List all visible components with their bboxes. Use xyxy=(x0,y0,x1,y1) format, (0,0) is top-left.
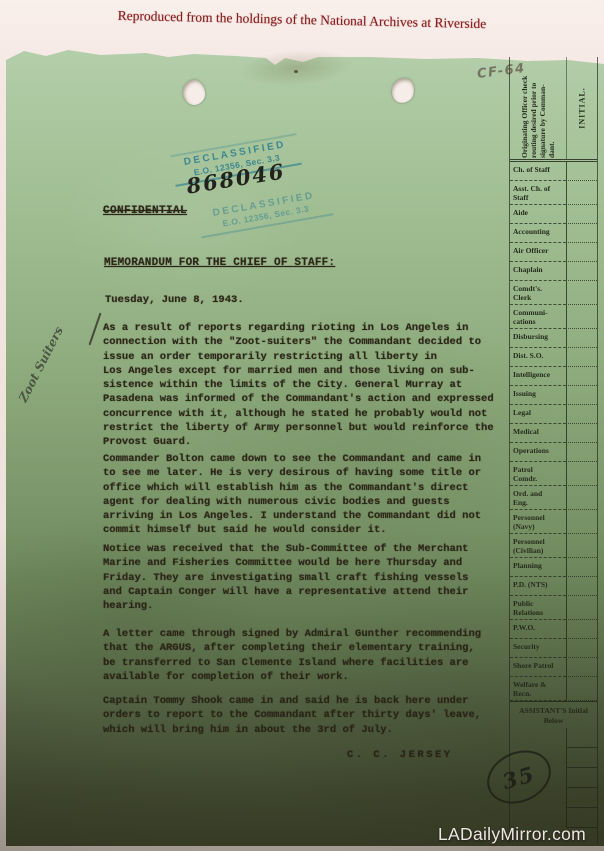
routing-row-label: Ch. of Staff xyxy=(510,162,566,181)
routing-row-label: Planning xyxy=(510,558,566,577)
routing-row: Operations xyxy=(510,443,597,462)
routing-row-label: Personnel (Navy) xyxy=(510,510,566,534)
routing-initial-cell xyxy=(566,462,597,486)
assistants-initial-note: ASSISTANT'S Initial Below xyxy=(510,701,597,728)
initial-column-header: INITIAL. xyxy=(566,57,597,159)
routing-row: Comdt's. Clerk xyxy=(510,281,597,305)
routing-row-label: Shore Patrol xyxy=(510,658,566,677)
routing-row: Communi- cations xyxy=(510,305,597,329)
routing-initial-cell xyxy=(566,658,597,677)
assistant-initial-cell xyxy=(566,748,597,768)
memo-paragraph: A letter came through signed by Admiral … xyxy=(103,627,515,684)
routing-row: Welfare & Recn. xyxy=(510,677,597,701)
routing-row-label: Communi- cations xyxy=(510,305,566,329)
initial-column-label: INITIAL. xyxy=(578,87,587,129)
routing-row-label: Aide xyxy=(510,205,566,224)
routing-row-label: Disbursing xyxy=(510,329,566,348)
routing-row-label: Dist. S.O. xyxy=(510,348,566,367)
routing-row-label: Air Officer xyxy=(510,243,566,262)
routing-row-label: Patrol Comdr. xyxy=(510,462,566,486)
routing-row: Planning xyxy=(510,558,597,577)
classification-confidential: CONFIDENTIAL xyxy=(103,205,187,217)
routing-row-label: Chaplain xyxy=(510,262,566,281)
routing-row: Dist. S.O. xyxy=(510,348,597,367)
routing-row: Legal xyxy=(510,405,597,424)
routing-row: Security xyxy=(510,639,597,658)
routing-row: Air Officer xyxy=(510,243,597,262)
memo-paragraph: Commander Bolton came down to see the Co… xyxy=(103,452,515,538)
routing-row-label: P.W.O. xyxy=(510,620,566,639)
routing-row: Ch. of Staff xyxy=(510,162,597,181)
routing-instruction-cell: Originating Officer check routing desire… xyxy=(510,57,566,159)
routing-row-label: Personnel (Civilian) xyxy=(510,534,566,558)
routing-row-label: Accounting xyxy=(510,224,566,243)
routing-row-label: Ord. and Eng. xyxy=(510,486,566,510)
routing-row: Intelligence xyxy=(510,367,597,386)
routing-row: Accounting xyxy=(510,224,597,243)
archives-banner: Reproduced from the holdings of the Nati… xyxy=(0,5,604,35)
routing-row-label: Comdt's. Clerk xyxy=(510,281,566,305)
routing-initial-cell xyxy=(566,620,597,639)
memo-paragraph: Notice was received that the Sub-Committ… xyxy=(103,542,515,613)
handwritten-page-number: 35 xyxy=(500,760,539,793)
routing-row: Personnel (Civilian) xyxy=(510,534,597,558)
routing-initial-cell xyxy=(566,367,597,386)
routing-row-label: Intelligence xyxy=(510,367,566,386)
routing-initial-cell xyxy=(566,558,597,577)
routing-initial-cell xyxy=(566,329,597,348)
memo-signature: C. C. JERSEY xyxy=(347,749,453,761)
routing-initial-cell xyxy=(566,486,597,510)
routing-row-label: Legal xyxy=(510,405,566,424)
routing-initial-cell xyxy=(566,677,597,701)
routing-row: Personnel (Navy) xyxy=(510,510,597,534)
routing-instruction-text: Originating Officer check routing desire… xyxy=(520,58,556,158)
routing-row-label: Public Relations xyxy=(510,596,566,620)
routing-row-label: P.D. (NTS) xyxy=(510,577,566,596)
site-watermark: LADailyMirror.com xyxy=(438,824,586,845)
routing-row: Asst. Ch. of Staff xyxy=(510,181,597,205)
routing-row: Issuing xyxy=(510,386,597,405)
routing-row: Disbursing xyxy=(510,329,597,348)
routing-row-label: Operations xyxy=(510,443,566,462)
routing-row: Shore Patrol xyxy=(510,658,597,677)
routing-row-label: Asst. Ch. of Staff xyxy=(510,181,566,205)
routing-initial-cell xyxy=(566,348,597,367)
memo-paragraph: As a result of reports regarding rioting… xyxy=(103,321,515,450)
routing-rows: Ch. of StaffAsst. Ch. of StaffAideAccoun… xyxy=(510,162,597,701)
routing-row: Public Relations xyxy=(510,596,597,620)
routing-initial-cell xyxy=(566,443,597,462)
memo-heading: MEMORANDUM FOR THE CHIEF OF STAFF: xyxy=(104,257,335,269)
assistant-initial-cell xyxy=(566,728,597,748)
routing-initial-cell xyxy=(566,510,597,534)
routing-initial-cell xyxy=(566,243,597,262)
routing-row: P.D. (NTS) xyxy=(510,577,597,596)
assistant-initial-row xyxy=(510,728,597,748)
routing-initial-cell xyxy=(566,405,597,424)
routing-row: Patrol Comdr. xyxy=(510,462,597,486)
routing-initial-cell xyxy=(566,534,597,558)
routing-initial-cell xyxy=(566,224,597,243)
routing-row-label: Medical xyxy=(510,424,566,443)
assistant-initial-cell xyxy=(566,768,597,788)
routing-row: Chaplain xyxy=(510,262,597,281)
memo-paragraph: Captain Tommy Shook came in and said he … xyxy=(103,694,515,737)
routing-initial-cell xyxy=(566,596,597,620)
routing-initial-cell xyxy=(566,577,597,596)
routing-row-label: Security xyxy=(510,639,566,658)
routing-initial-cell xyxy=(566,639,597,658)
assistant-initial-cell xyxy=(566,788,597,808)
scanned-document-page: Reproduced from the holdings of the Nati… xyxy=(0,0,604,851)
routing-row: Medical xyxy=(510,424,597,443)
routing-initial-cell xyxy=(566,305,597,329)
routing-row: P.W.O. xyxy=(510,620,597,639)
routing-initial-cell xyxy=(566,424,597,443)
routing-initial-cell xyxy=(566,162,597,181)
routing-initial-cell xyxy=(566,386,597,405)
routing-table-header: Originating Officer check routing desire… xyxy=(510,57,597,162)
routing-table: Originating Officer check routing desire… xyxy=(509,57,598,844)
routing-row: Aide xyxy=(510,205,597,224)
memo-date: Tuesday, June 8, 1943. xyxy=(105,294,244,306)
routing-row: Ord. and Eng. xyxy=(510,486,597,510)
routing-initial-cell xyxy=(566,262,597,281)
routing-initial-cell xyxy=(566,281,597,305)
routing-initial-cell xyxy=(566,205,597,224)
paper-speck xyxy=(294,70,298,73)
routing-row-label: Welfare & Recn. xyxy=(510,677,566,701)
routing-row-label: Issuing xyxy=(510,386,566,405)
routing-initial-cell xyxy=(566,181,597,205)
